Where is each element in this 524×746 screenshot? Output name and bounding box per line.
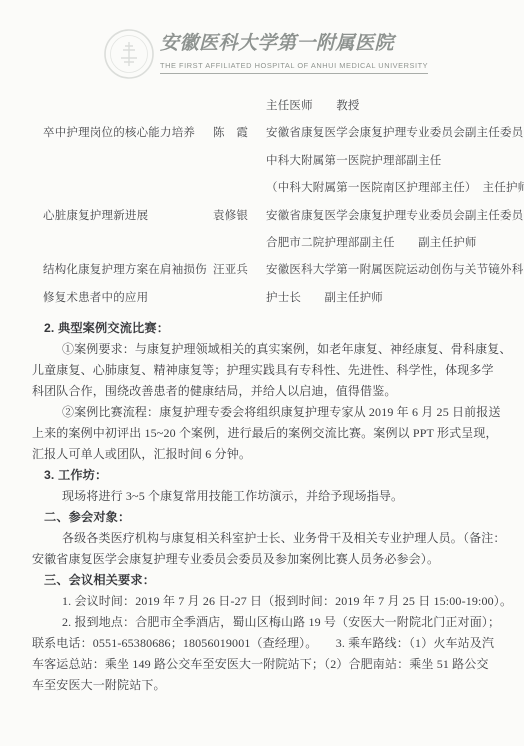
titles-cell: 安徽医科大学第一附属医院运动创伤与关节镜外科 护士长 副主任护师: [266, 257, 524, 312]
topic-cell: 心脏康复护理新进展: [43, 203, 213, 230]
body-line: 车至安医大一附院站下。: [32, 675, 524, 696]
lecture-topic: 修复术患者中的应用: [43, 285, 213, 312]
lecture-topic: 心脏康复护理新进展: [43, 203, 213, 230]
speaker-cell: 陈 霞: [213, 120, 266, 147]
speaker-name: 袁修银: [213, 203, 266, 230]
hospital-name-cn: 安徽医科大学第一附属医院: [160, 28, 428, 55]
body-line: 现场将进行 3~5 个康复常用技能工作坊演示，并给予现场指导。: [62, 486, 524, 507]
body-line: 上来的案例中初评出 15~20 个案例，进行最后的案例交流比赛。案例以 PPT …: [32, 423, 524, 444]
hospital-logo-icon: [103, 28, 155, 80]
speaker-cell: 袁修银: [213, 203, 266, 230]
body-line: 联系电话：0551-65380686；18056019001（查经理）。 3. …: [32, 633, 524, 654]
hospital-name-en: THE FIRST AFFILIATED HOSPITAL OF ANHUI M…: [160, 61, 428, 74]
speaker-title: 合肥市二院护理部副主任 副主任护师: [266, 230, 524, 257]
letterhead-text: 安徽医科大学第一附属医院 THE FIRST AFFILIATED HOSPIT…: [160, 26, 428, 74]
body-line: 2. 报到地点：合肥市全季酒店，蜀山区梅山路 19 号（安医大一附院北门正对面）…: [62, 612, 524, 633]
body-line: 安徽省康复医学会康复护理专业委员会委员及参加案例比赛人员务必参会）。: [32, 549, 524, 570]
body-line: ②案例比赛流程：康复护理专委会将组织康复护理专家从 2019 年 6 月 25 …: [62, 402, 524, 423]
speaker-title: 中科大附属第一医院护理部副主任: [266, 148, 524, 175]
body-line: 各级各类医疗机构与康复相关科室护士长、业务骨干及相关专业护理人员。（备注：: [62, 528, 524, 549]
speaker-cell: 汪亚兵: [213, 257, 266, 284]
lecture-topic: 结构化康复护理方案在肩袖损伤: [43, 257, 213, 284]
titles-cell: 安徽省康复医学会康复护理专业委员会副主任委员 合肥市二院护理部副主任 副主任护师: [266, 203, 524, 258]
section-heading: 三、会议相关要求：: [44, 570, 524, 591]
letterhead: 安徽医科大学第一附属医院 THE FIRST AFFILIATED HOSPIT…: [0, 0, 524, 84]
topic-cell: 卒中护理岗位的核心能力培养: [43, 120, 213, 147]
table-row: 结构化康复护理方案在肩袖损伤 修复术患者中的应用 汪亚兵 安徽医科大学第一附属医…: [43, 257, 524, 312]
body-line: 1. 会议时间：2019 年 7 月 26 日-27 日（报到时间：2019 年…: [62, 591, 524, 612]
section-heading: 二、参会对象：: [44, 507, 524, 528]
body-line: 儿童康复、心肺康复、精神康复等；护理实践具有专科性、先进性、科学性，体现多学: [32, 360, 524, 381]
table-row: 卒中护理岗位的核心能力培养 陈 霞 安徽省康复医学会康复护理专业委员会副主任委员…: [43, 120, 524, 202]
lecture-topic: 卒中护理岗位的核心能力培养: [43, 120, 213, 147]
speaker-table: 主任医师 教授 卒中护理岗位的核心能力培养 陈 霞 安徽省康复医学会康复护理专业…: [43, 93, 524, 312]
speaker-title: 护士长 副主任护师: [266, 285, 524, 312]
body-line: 车客运总站：乘坐 149 路公交车至安医大一附院站下；（2）合肥南站：乘坐 51…: [32, 654, 524, 675]
titles-cell: 主任医师 教授: [266, 93, 524, 120]
document-page: 安徽医科大学第一附属医院 THE FIRST AFFILIATED HOSPIT…: [0, 0, 524, 746]
speaker-title: 主任医师 教授: [266, 93, 524, 120]
speaker-title: 安徽医科大学第一附属医院运动创伤与关节镜外科: [266, 257, 524, 284]
section-heading: 2. 典型案例交流比赛：: [44, 318, 524, 339]
titles-cell: 安徽省康复医学会康复护理专业委员会副主任委员 中科大附属第一医院护理部副主任 （…: [266, 120, 524, 202]
table-row: 心脏康复护理新进展 袁修银 安徽省康复医学会康复护理专业委员会副主任委员 合肥市…: [43, 203, 524, 258]
speaker-title: （中科大附属第一医院南区护理部主任） 主任护师: [266, 175, 524, 202]
speaker-name: 汪亚兵: [213, 257, 266, 284]
body-line: 科团队合作，围绕改善患者的健康结局，并给人以启迪，值得借鉴。: [32, 381, 524, 402]
table-row: 主任医师 教授: [43, 93, 524, 120]
body-line: 汇报人可单人或团队，汇报时间 6 分钟。: [32, 444, 524, 465]
body-line: ①案例要求：与康复护理领域相关的真实案例，如老年康复、神经康复、骨科康复、: [62, 339, 524, 360]
speaker-title: 安徽省康复医学会康复护理专业委员会副主任委员: [266, 203, 524, 230]
topic-cell: 结构化康复护理方案在肩袖损伤 修复术患者中的应用: [43, 257, 213, 312]
speaker-title: 安徽省康复医学会康复护理专业委员会副主任委员: [266, 120, 524, 147]
document-body: 2. 典型案例交流比赛： ①案例要求：与康复护理领域相关的真实案例，如老年康复、…: [32, 318, 524, 696]
speaker-name: 陈 霞: [213, 120, 266, 147]
section-heading: 3. 工作坊：: [44, 465, 524, 486]
